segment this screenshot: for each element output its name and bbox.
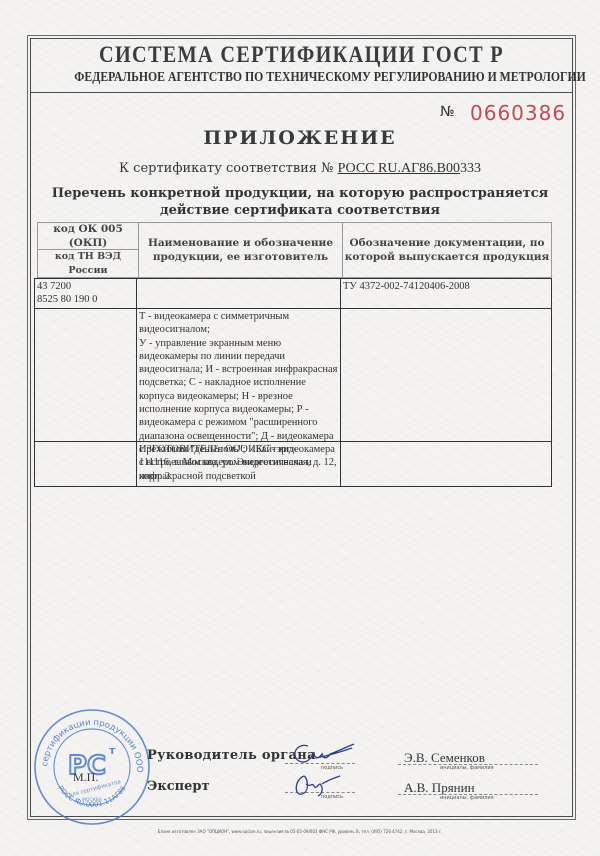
certificate-number: РОСС RU.АГ86.В00 <box>338 161 460 176</box>
svg-text:т: т <box>109 744 116 757</box>
header-product-name: Наименование и обозначение продукции, ее… <box>139 223 343 277</box>
table-row: ИЗГОТОВИТЕЛЬ: ООО «Байтэрг» 111116, г. М… <box>35 442 551 486</box>
expert-role-label: Эксперт <box>147 779 210 794</box>
cell-product: Т - видеокамера с симметричным видеосигн… <box>137 309 341 441</box>
stamp-city: • МОСКВА • <box>78 797 106 803</box>
cell-documentation <box>341 442 551 486</box>
certification-stamp: Орган по сертификации продукции ООО «ТИИ… <box>33 708 151 826</box>
head-name-hint: инициалы, фамилия <box>440 765 494 771</box>
cell-codes: 43 7200 8525 80 190 0 <box>35 279 137 308</box>
header-code-okp: код ОК 005 (ОКП) <box>38 223 139 250</box>
header-code-tnved: код ТН ВЭД России <box>38 250 139 277</box>
product-table-header: код ОК 005 (ОКП) код ТН ВЭД России Наиме… <box>37 222 552 278</box>
system-title: СИСТЕМА СЕРТИФИКАЦИИ ГОСТ Р <box>63 42 539 68</box>
appendix-title: ПРИЛОЖЕНИЕ <box>0 127 600 149</box>
cell-codes <box>35 309 137 441</box>
table-row: 43 7200 8525 80 190 0 ТУ 4372-002-741204… <box>35 279 551 309</box>
form-printer-note: Бланк изготовлен ЗАО "ОПЦИОН", www.opcio… <box>0 829 600 834</box>
agency-title: ФЕДЕРАЛЬНОЕ АГЕНТСТВО ПО ТЕХНИЧЕСКОМУ РЕ… <box>74 70 528 86</box>
list-heading-line2: действие сертификата соответствия <box>0 202 600 219</box>
form-number: 0660386 <box>470 101 566 125</box>
cell-manufacturer: ИЗГОТОВИТЕЛЬ: ООО «Байтэрг» 111116, г. М… <box>137 442 341 486</box>
form-number-prefix: № <box>440 104 455 120</box>
expert-signature-hint: подпись <box>321 794 343 800</box>
cell-codes <box>35 442 137 486</box>
cell-product <box>137 279 341 308</box>
expert-name-hint: инициалы, фамилия <box>440 795 494 801</box>
header-divider <box>31 92 572 93</box>
head-signature <box>288 738 358 768</box>
table-row: Т - видеокамера с симметричным видеосигн… <box>35 309 551 442</box>
list-heading-line1: Перечень конкретной продукции, на котору… <box>0 185 600 202</box>
product-list-heading: Перечень конкретной продукции, на котору… <box>0 185 600 219</box>
cell-documentation: ТУ 4372-002-74120406-2008 <box>341 279 551 308</box>
cell-documentation <box>341 309 551 441</box>
stamp-mp-label: М.П. <box>73 770 98 785</box>
certificate-number-tail: 333 <box>460 161 481 176</box>
certificate-reference: К сертификату соответствия № РОСС RU.АГ8… <box>0 161 600 177</box>
header-documentation: Обозначение документации, по которой вып… <box>343 223 551 277</box>
product-table: 43 7200 8525 80 190 0 ТУ 4372-002-741204… <box>34 278 552 487</box>
certificate-label: К сертификату соответствия № <box>119 161 333 176</box>
